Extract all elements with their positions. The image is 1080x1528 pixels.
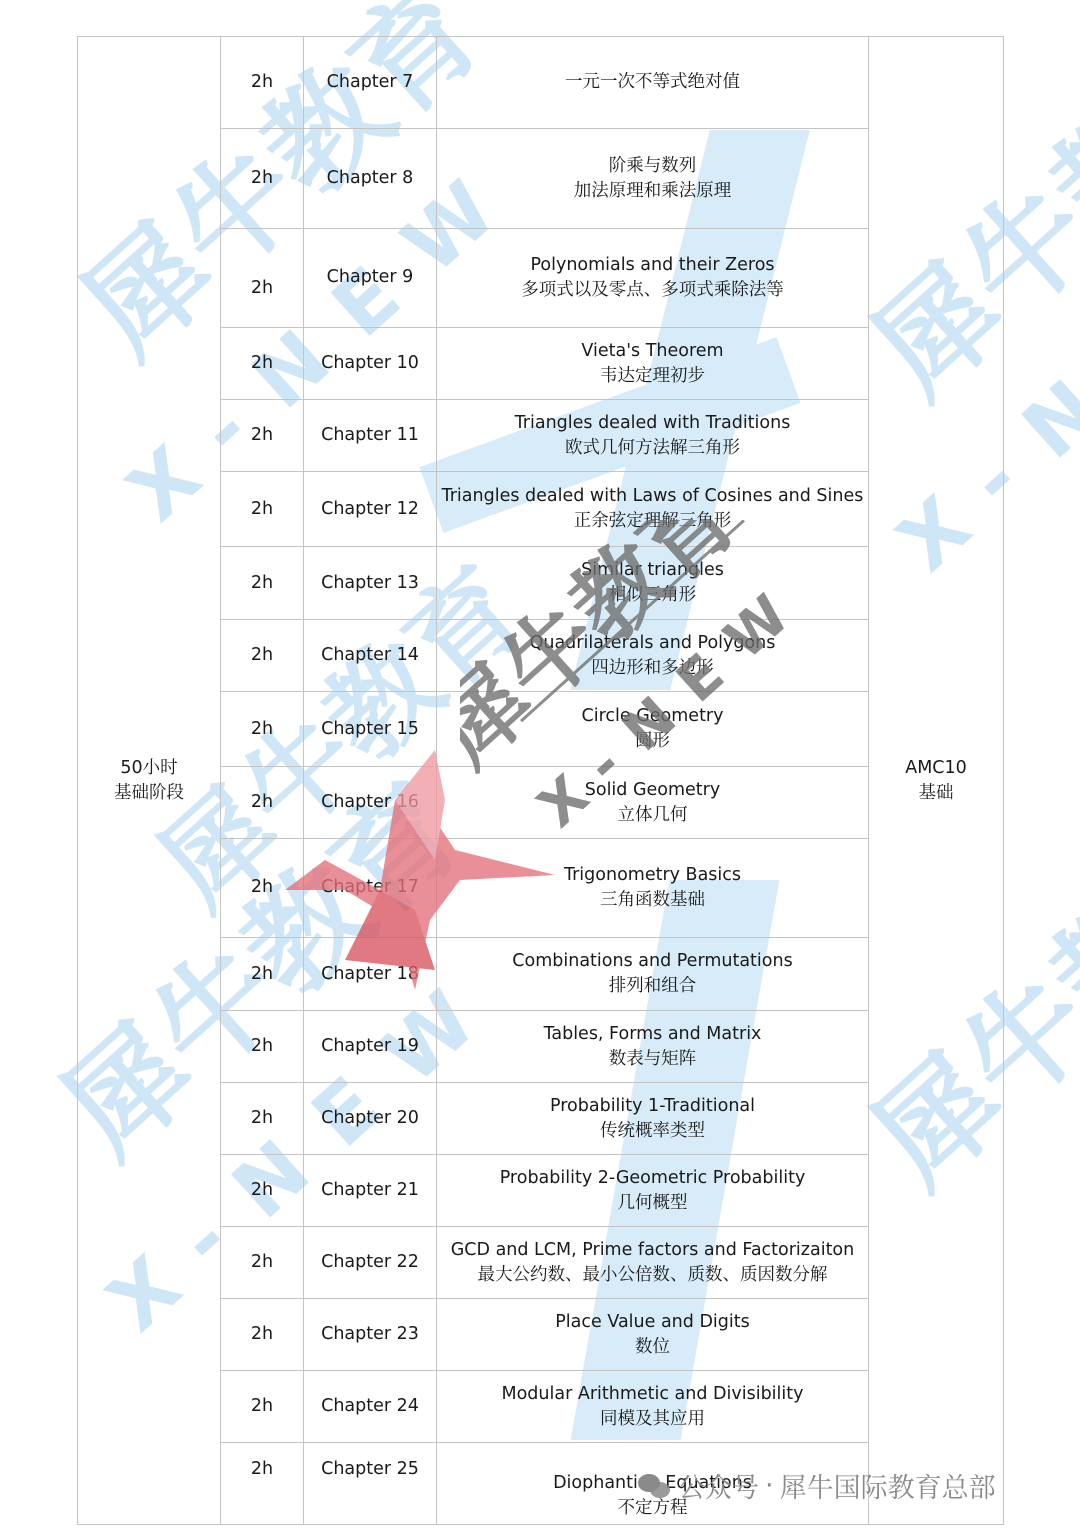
topic-chinese: 韦达定理初步: [439, 364, 866, 389]
topic-cell: Solid Geometry立体几何: [437, 767, 869, 839]
topic-chinese: 相似三角形: [439, 583, 866, 608]
chapter-cell: Chapter 20: [304, 1083, 437, 1155]
hours-cell: 2h: [221, 1011, 304, 1083]
topic-english: Modular Arithmetic and Divisibility: [439, 1382, 866, 1407]
stage-cell: 50小时基础阶段: [78, 37, 221, 1525]
hours-cell: 2h: [221, 1155, 304, 1227]
topic-cell: Similar triangles相似三角形: [437, 547, 869, 620]
hours-cell: 2h: [221, 400, 304, 472]
hours-cell: 2h: [221, 1299, 304, 1371]
footer-wechat-watermark: 公众号 · 犀牛国际教育总部: [638, 1466, 996, 1505]
topic-chinese: 一元一次不等式绝对值: [439, 70, 866, 95]
chapter-cell: Chapter 16: [304, 767, 437, 839]
hours-cell: 2h: [221, 1443, 304, 1525]
topic-english: Similar triangles: [439, 558, 866, 583]
hours-cell: 2h: [221, 1083, 304, 1155]
chapter-cell: Chapter 12: [304, 472, 437, 547]
level-label-line1: AMC10: [871, 756, 1001, 781]
chapter-cell: Chapter 15: [304, 692, 437, 767]
topic-cell: Circle Geometry圆形: [437, 692, 869, 767]
topic-chinese: 最大公约数、最小公倍数、质数、质因数分解: [439, 1263, 866, 1288]
hours-cell: 2h: [221, 767, 304, 839]
level-label-line2: 基础: [871, 781, 1001, 806]
topic-english: Trigonometry Basics: [439, 863, 866, 888]
topic-chinese: 同模及其应用: [439, 1407, 866, 1432]
chapter-cell: Chapter 17: [304, 839, 437, 938]
topic-chinese: 阶乘与数列: [439, 154, 866, 179]
topic-chinese: 多项式以及零点、多项式乘除法等: [439, 278, 866, 303]
topic-chinese-secondary: 加法原理和乘法原理: [439, 179, 866, 204]
topic-cell: Place Value and Digits数位: [437, 1299, 869, 1371]
topic-cell: Quadrilaterals and Polygons四边形和多边形: [437, 620, 869, 692]
chapter-cell: Chapter 22: [304, 1227, 437, 1299]
topic-cell: GCD and LCM, Prime factors and Factoriza…: [437, 1227, 869, 1299]
wechat-icon: [638, 1472, 672, 1500]
topic-chinese: 四边形和多边形: [439, 656, 866, 681]
hours-cell: 2h: [221, 229, 304, 328]
hours-cell: 2h: [221, 129, 304, 229]
chapter-cell: Chapter 8: [304, 129, 437, 229]
chapter-cell: Chapter 19: [304, 1011, 437, 1083]
topic-chinese: 数位: [439, 1335, 866, 1360]
topic-chinese: 排列和组合: [439, 974, 866, 999]
stage-label-line2: 基础阶段: [80, 781, 218, 806]
hours-cell: 2h: [221, 620, 304, 692]
chapter-cell: Chapter 14: [304, 620, 437, 692]
topic-cell: Triangles dealed with Laws of Cosines an…: [437, 472, 869, 547]
chapter-cell: Chapter 25: [304, 1443, 437, 1525]
hours-cell: 2h: [221, 839, 304, 938]
topic-english: Place Value and Digits: [439, 1310, 866, 1335]
topic-english: Triangles dealed with Laws of Cosines an…: [439, 484, 866, 509]
topic-english: Tables, Forms and Matrix: [439, 1022, 866, 1047]
hours-cell: 2h: [221, 938, 304, 1011]
topic-chinese: 几何概型: [439, 1191, 866, 1216]
hours-cell: 2h: [221, 328, 304, 400]
footer-account: 犀牛国际教育总部: [780, 1466, 996, 1505]
topic-english: Circle Geometry: [439, 704, 866, 729]
topic-english: Triangles dealed with Traditions: [439, 411, 866, 436]
topic-cell: Probability 1-Traditional传统概率类型: [437, 1083, 869, 1155]
topic-chinese: 欧式几何方法解三角形: [439, 436, 866, 461]
topic-chinese: 传统概率类型: [439, 1119, 866, 1144]
topic-chinese: 圆形: [439, 729, 866, 754]
topic-chinese: 三角函数基础: [439, 888, 866, 913]
topic-cell: Trigonometry Basics三角函数基础: [437, 839, 869, 938]
hours-cell: 2h: [221, 547, 304, 620]
topic-english: Vieta's Theorem: [439, 339, 866, 364]
topic-cell: 阶乘与数列加法原理和乘法原理: [437, 129, 869, 229]
topic-english: Quadrilaterals and Polygons: [439, 631, 866, 656]
topic-english: Combinations and Permutations: [439, 949, 866, 974]
footer-separator: ·: [765, 1470, 774, 1501]
topic-cell: Polynomials and their Zeros多项式以及零点、多项式乘除…: [437, 229, 869, 328]
topic-cell: Probability 2-Geometric Probability几何概型: [437, 1155, 869, 1227]
topic-english: Probability 1-Traditional: [439, 1094, 866, 1119]
chapter-cell: Chapter 9: [304, 229, 437, 328]
chapter-cell: Chapter 10: [304, 328, 437, 400]
table-row: 50小时基础阶段2hChapter 7一元一次不等式绝对值AMC10基础: [78, 37, 1004, 129]
topic-english: GCD and LCM, Prime factors and Factoriza…: [439, 1238, 866, 1263]
topic-english: Probability 2-Geometric Probability: [439, 1166, 866, 1191]
topic-cell: Vieta's Theorem韦达定理初步: [437, 328, 869, 400]
topic-chinese: 立体几何: [439, 803, 866, 828]
chapter-cell: Chapter 7: [304, 37, 437, 129]
hours-cell: 2h: [221, 37, 304, 129]
topic-cell: 一元一次不等式绝对值: [437, 37, 869, 129]
topic-chinese: 正余弦定理解三角形: [439, 509, 866, 534]
hours-cell: 2h: [221, 472, 304, 547]
chapter-cell: Chapter 13: [304, 547, 437, 620]
topic-cell: Combinations and Permutations排列和组合: [437, 938, 869, 1011]
topic-cell: Modular Arithmetic and Divisibility同模及其应…: [437, 1371, 869, 1443]
footer-prefix: 公众号: [678, 1466, 759, 1505]
topic-cell: Triangles dealed with Traditions欧式几何方法解三…: [437, 400, 869, 472]
topic-english: Polynomials and their Zeros: [439, 253, 866, 278]
stage-label-line1: 50小时: [80, 756, 218, 781]
topic-chinese: 数表与矩阵: [439, 1047, 866, 1072]
chapter-cell: Chapter 11: [304, 400, 437, 472]
hours-cell: 2h: [221, 1371, 304, 1443]
chapter-cell: Chapter 24: [304, 1371, 437, 1443]
topic-cell: Tables, Forms and Matrix数表与矩阵: [437, 1011, 869, 1083]
chapter-cell: Chapter 23: [304, 1299, 437, 1371]
hours-cell: 2h: [221, 1227, 304, 1299]
hours-cell: 2h: [221, 692, 304, 767]
chapter-cell: Chapter 18: [304, 938, 437, 1011]
topic-english: Solid Geometry: [439, 778, 866, 803]
level-cell: AMC10基础: [869, 37, 1004, 1525]
syllabus-table: 50小时基础阶段2hChapter 7一元一次不等式绝对值AMC10基础2hCh…: [77, 36, 1004, 1525]
chapter-cell: Chapter 21: [304, 1155, 437, 1227]
